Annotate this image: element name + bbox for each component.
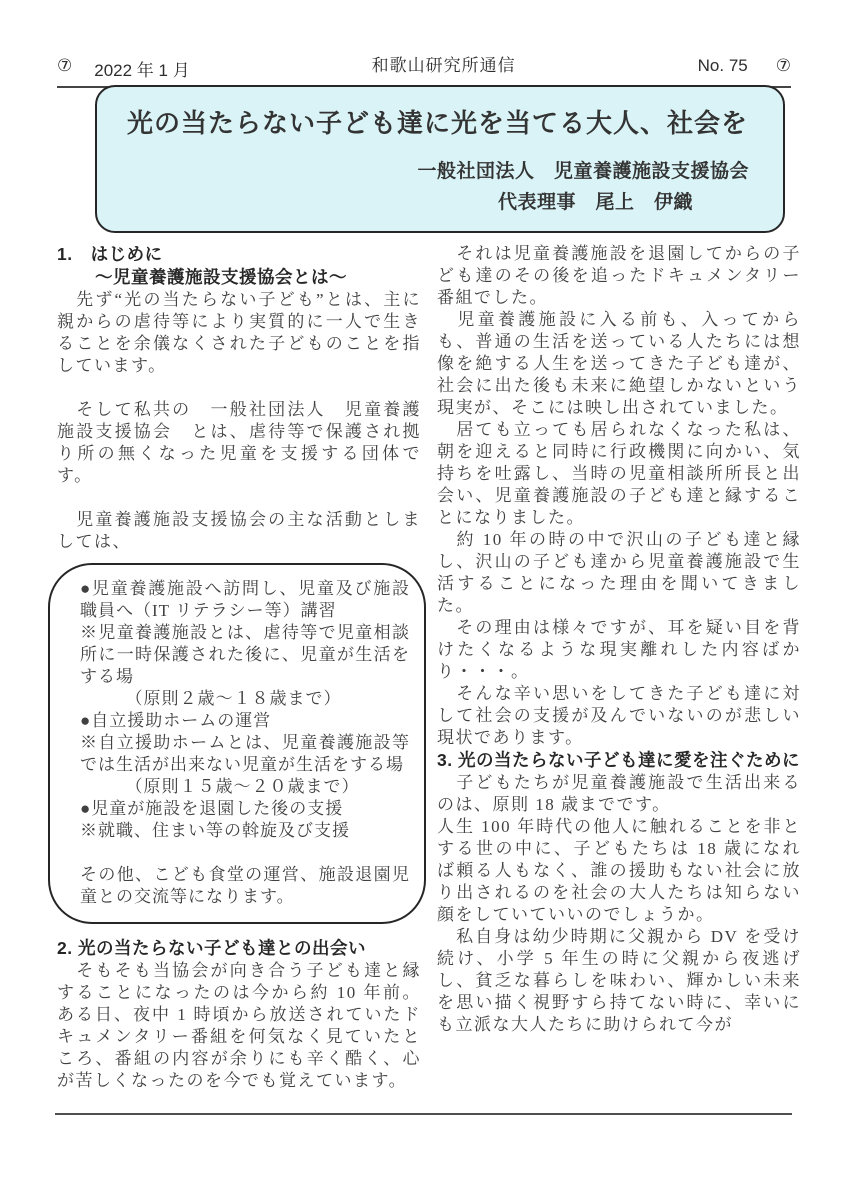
section2-paragraph-4: 居ても立っても居られなくなった私は、朝を迎えると同時に行政機関に向かい、気持ちを… bbox=[437, 419, 801, 529]
page-number-circle-right: ⑦ bbox=[776, 56, 791, 76]
section1-paragraph-1: 先ず“光の当たらない子ども”とは、主に親からの虐待等により実質的に一人で生きるこ… bbox=[57, 289, 421, 377]
activity-item: ※自立援助ホームとは、児童養護施設等では生活が出来ない児童が生活をする場 bbox=[80, 732, 410, 776]
section2-paragraph-1: そもそも当協会が向き合う子ども達と縁することになったのは今から約 10 年前。あ… bbox=[57, 960, 421, 1092]
section1-heading-subtitle: ～児童養護施設支援協会とは～ bbox=[95, 266, 421, 289]
footer-divider bbox=[55, 1113, 792, 1115]
newsletter-name: 和歌山研究所通信 bbox=[190, 51, 698, 76]
article-body: 1. はじめに ～児童養護施設支援協会とは～ 先ず“光の当たらない子ども”とは、… bbox=[57, 243, 801, 1092]
byline: 一般社団法人 児童養護施設支援協会 代表理事 尾上 伊織 bbox=[127, 156, 749, 218]
organization-name: 一般社団法人 児童養護施設支援協会 bbox=[127, 156, 749, 187]
issue-date: 2022 年 1 月 bbox=[94, 56, 189, 81]
activity-item: （原則１５歳～２０歳まで） bbox=[80, 776, 410, 798]
header-left-group: ⑦ 2022 年 1 月 bbox=[57, 56, 190, 81]
section1-paragraph-3: 児童養護施設支援協会の主な活動としましては、 bbox=[57, 509, 421, 553]
section1-heading: 1. はじめに ～児童養護施設支援協会とは～ bbox=[57, 243, 421, 289]
section2-paragraph-2: それは児童養護施設を退園してからの子ども達のその後を追ったドキュメンタリー番組で… bbox=[437, 243, 801, 309]
section2-paragraph-3: 児童養護施設に入る前も、入ってからも、普通の生活を送っている人たちには想像を絶す… bbox=[437, 309, 801, 419]
header-right-group: No. 75 ⑦ bbox=[698, 56, 791, 76]
section2-heading: 2. 光の当たらない子ども達との出会い bbox=[57, 937, 421, 960]
activity-item: ●自立援助ホームの運営 bbox=[80, 710, 410, 732]
activity-item: ●児童養護施設へ訪問し、児童及び施設職員へ（IT リテラシー等）講習 bbox=[80, 578, 410, 622]
section2-paragraph-5: 約 10 年の時の中で沢山の子ども達と縁し、沢山の子ども達から児童養護施設で生活… bbox=[437, 529, 801, 617]
section3-heading: 3. 光の当たらない子ども達に愛を注ぐために bbox=[437, 749, 801, 772]
article-title: 光の当たらない子ども達に光を当てる大人、社会を bbox=[127, 103, 749, 140]
activity-item: ●児童が施設を退園した後の支援 bbox=[80, 798, 410, 820]
section3-paragraph-1: 子どもたちが児童養護施設で生活出来るのは、原則 18 歳までです。 bbox=[437, 772, 801, 816]
issue-number: No. 75 bbox=[698, 56, 748, 76]
activity-item: ※就職、住まい等の斡旋及び支援 bbox=[80, 820, 410, 842]
section3-paragraph-3: 私自身は幼少時期に父親から DV を受け続け、小学 5 年生の時に父親から夜逃げ… bbox=[437, 926, 801, 1036]
activity-item: （原則２歳～１８歳まで） bbox=[80, 688, 410, 710]
page-number-circle-left: ⑦ bbox=[57, 56, 72, 81]
representative-name: 代表理事 尾上 伊織 bbox=[127, 187, 749, 218]
right-column: それは児童養護施設を退園してからの子ども達のその後を追ったドキュメンタリー番組で… bbox=[437, 243, 801, 1092]
section2-paragraph-7: そんな辛い思いをしてきた子ども達に対して社会の支援が及んでいないのが悲しい現状で… bbox=[437, 683, 801, 749]
left-column: 1. はじめに ～児童養護施設支援協会とは～ 先ず“光の当たらない子ども”とは、… bbox=[57, 243, 421, 1092]
section3-paragraph-2: 人生 100 年時代の他人に触れることを非とする世の中に、子どもたちは 18 歳… bbox=[437, 816, 801, 926]
section1-heading-title: 1. はじめに bbox=[57, 243, 421, 266]
activities-box: ●児童養護施設へ訪問し、児童及び施設職員へ（IT リテラシー等）講習 ※児童養護… bbox=[48, 563, 426, 924]
newsletter-page: ⑦ 2022 年 1 月 和歌山研究所通信 No. 75 ⑦ 光の当たらない子ど… bbox=[0, 0, 841, 1200]
article-title-box: 光の当たらない子ども達に光を当てる大人、社会を 一般社団法人 児童養護施設支援協… bbox=[95, 85, 785, 233]
activity-item: ※児童養護施設とは、虐待等で児童相談所に一時保護された後に、児童が生活をする場 bbox=[80, 622, 410, 688]
section1-paragraph-2: そして私共の 一般社団法人 児童養護施設支援協会 とは、虐待等で保護され拠り所の… bbox=[57, 399, 421, 487]
page-header: ⑦ 2022 年 1 月 和歌山研究所通信 No. 75 ⑦ bbox=[57, 51, 791, 88]
activity-note: その他、こども食堂の運営、施設退園児童との交流等になります。 bbox=[80, 864, 410, 908]
section2-paragraph-6: その理由は様々ですが、耳を疑い目を背けたくなるような現実離れした内容ばかり・・・… bbox=[437, 617, 801, 683]
